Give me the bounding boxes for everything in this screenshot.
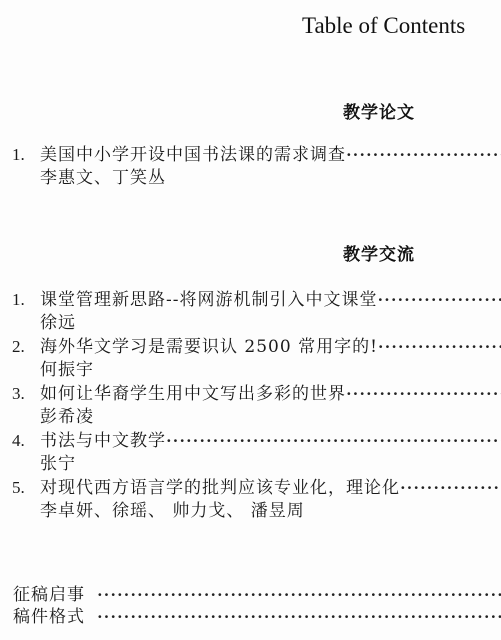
entry-authors-row: 彭希凌 — [0, 406, 501, 428]
toc-entry-call-for-papers[interactable]: 征稿启事 — [0, 584, 501, 606]
entry-authors: 李卓妍、徐瑶、 帅力戈、 潘昱周 — [40, 500, 305, 522]
toc-entry[interactable]: 3. 如何让华裔学生用中文写出多彩的世界 — [0, 383, 501, 405]
entry-number: 2. — [12, 336, 25, 358]
toc-entry[interactable]: 1. 美国中小学开设中国书法课的需求调查 — [0, 144, 501, 166]
entry-authors-row: 李卓妍、徐瑶、 帅力戈、 潘昱周 — [0, 500, 501, 522]
entry-number: 1. — [12, 289, 25, 311]
page-title: Table of Contents — [302, 13, 465, 39]
dot-leader — [346, 144, 501, 166]
section-heading-teaching-papers: 教学论文 — [343, 98, 415, 123]
dot-leader — [97, 606, 501, 628]
entry-title[interactable]: 如何让华裔学生用中文写出多彩的世界 — [40, 383, 346, 405]
toc-entry[interactable]: 4. 书法与中文教学 — [0, 430, 501, 452]
entry-number: 4. — [12, 430, 25, 452]
dot-leader — [346, 383, 501, 405]
toc-entry[interactable]: 1. 课堂管理新思路--将网游机制引入中文课堂 — [0, 289, 501, 311]
entry-authors: 徐远 — [40, 312, 76, 334]
toc-entry[interactable]: 2. 海外华文学习是需要识认 2500 常用字的! — [0, 336, 501, 358]
entry-authors: 彭希凌 — [40, 406, 94, 428]
dot-leader — [97, 584, 501, 606]
entry-title[interactable]: 稿件格式 — [13, 606, 85, 628]
entry-title[interactable]: 课堂管理新思路--将网游机制引入中文课堂 — [40, 289, 378, 311]
section-heading-teaching-exchange: 教学交流 — [343, 240, 415, 265]
entry-authors-row: 李惠文、丁笑丛 — [0, 167, 501, 189]
dot-leader — [378, 336, 501, 358]
dot-leader — [378, 289, 501, 311]
entry-authors: 何振宇 — [40, 359, 94, 381]
dot-leader — [400, 477, 501, 499]
toc-entry[interactable]: 5. 对现代西方语言学的批判应该专业化，理论化 — [0, 477, 501, 499]
entry-authors: 李惠文、丁笑丛 — [40, 167, 166, 189]
entry-title[interactable]: 美国中小学开设中国书法课的需求调查 — [40, 144, 346, 166]
entry-number: 3. — [12, 383, 25, 405]
entry-title[interactable]: 书法与中文教学 — [40, 430, 166, 452]
dot-leader — [166, 430, 501, 452]
entry-authors-row: 徐远 — [0, 312, 501, 334]
entry-authors: 张宁 — [40, 453, 76, 475]
entry-authors-row: 何振宇 — [0, 359, 501, 381]
entry-title[interactable]: 对现代西方语言学的批判应该专业化，理论化 — [40, 477, 400, 499]
entry-number: 5. — [12, 477, 25, 499]
entry-authors-row: 张宁 — [0, 453, 501, 475]
entry-title[interactable]: 海外华文学习是需要识认 2500 常用字的! — [40, 336, 378, 358]
entry-number: 1. — [12, 144, 25, 166]
entry-title[interactable]: 征稿启事 — [13, 584, 85, 606]
toc-entry-manuscript-format[interactable]: 稿件格式 — [0, 606, 501, 628]
